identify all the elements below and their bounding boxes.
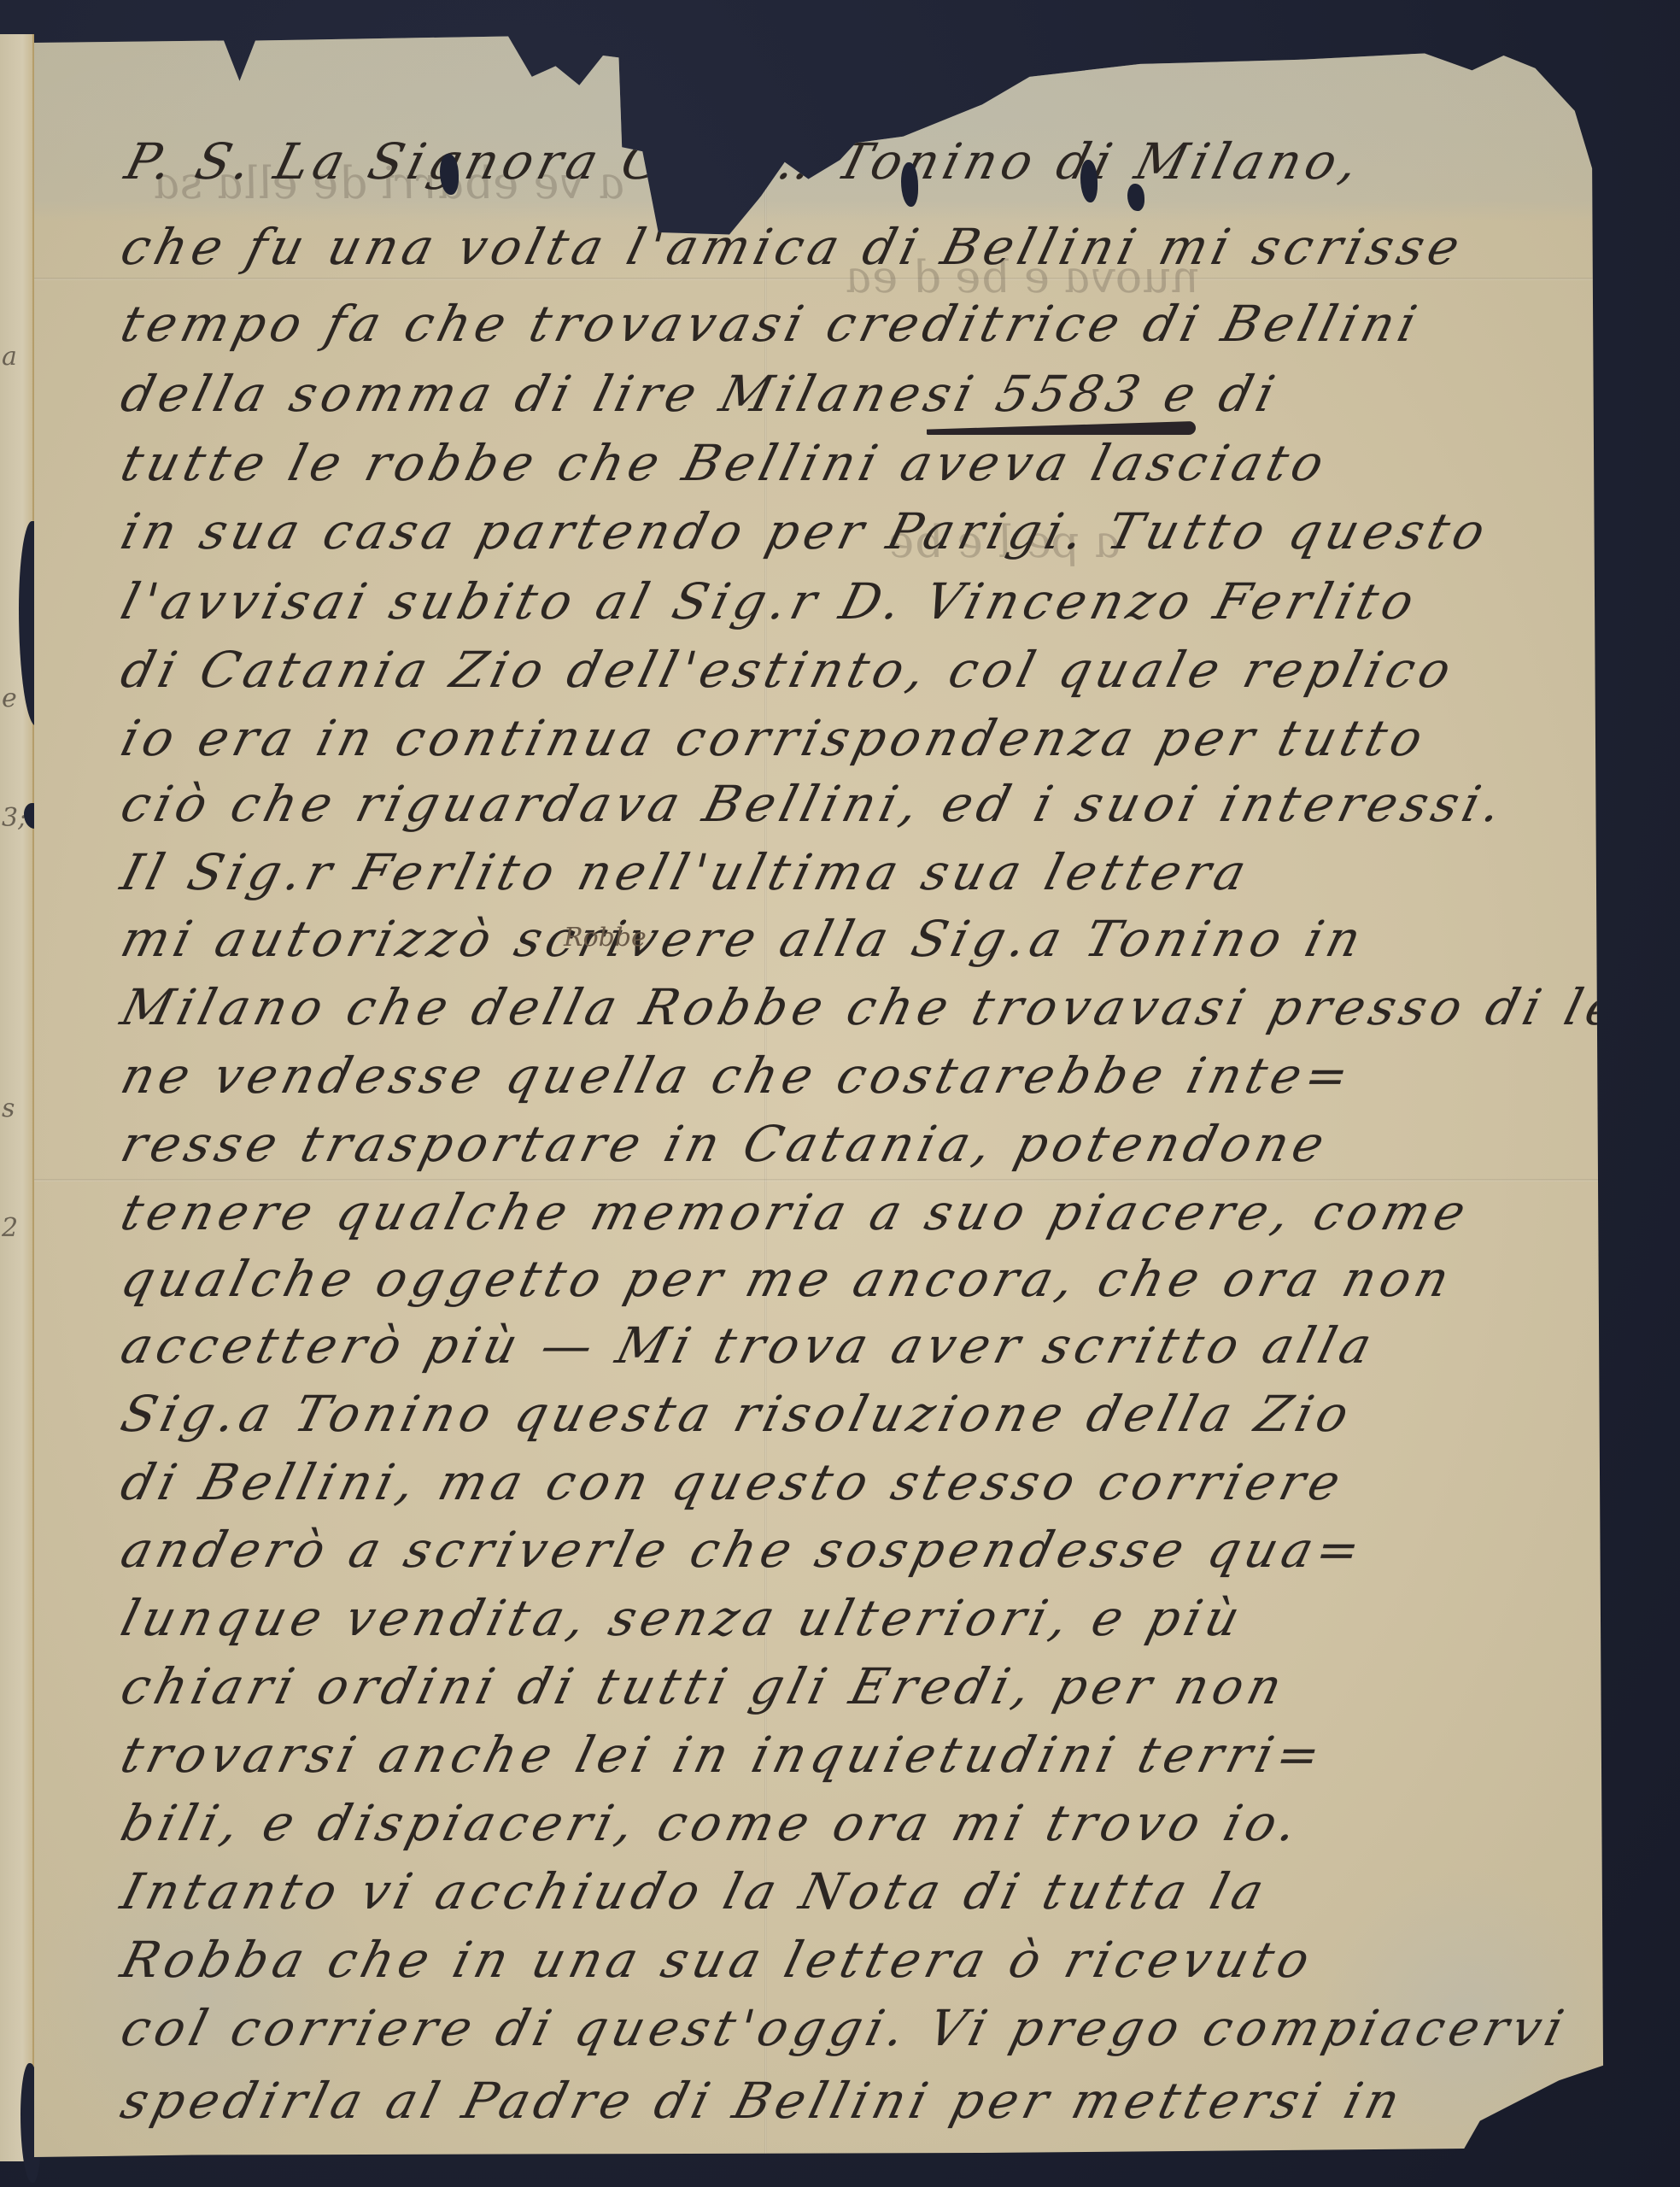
- letter-line: spedirla al Padre di Bellini per metters…: [115, 2072, 1411, 2130]
- letter-line: chiari ordini di tutti gli Eredi, per no…: [115, 1657, 1293, 1715]
- letter-line: qualche oggetto per me ancora, che ora n…: [115, 1250, 1460, 1308]
- letter-line: della somma di lire Milanesi 5583 e di: [115, 365, 1285, 423]
- superscript-insert: Robbe: [564, 923, 647, 953]
- letter-line: accetterò più — Mi trova aver scritto al…: [115, 1316, 1382, 1375]
- letter-line: Intanto vi acchiudo la Nota di tutta la: [115, 1862, 1274, 1920]
- letter-line: trovarsi anche lei in inquietudini terri…: [115, 1726, 1332, 1784]
- letter-line: Milano che della Robbe che trovavasi pre…: [115, 978, 1649, 1036]
- letter-line: Sig.a Tonino questa risoluzione della Zi…: [115, 1385, 1360, 1443]
- ink-burn-hole: [1127, 184, 1144, 211]
- letter-line: ciò che riguardava Bellini, ed i suoi in…: [115, 775, 1513, 833]
- fold-line-horizontal: [34, 278, 1614, 280]
- left-page-fragment: e: [2, 683, 17, 713]
- letter-line: Robba che in una sua lettera ò ricevuto: [115, 1931, 1320, 1989]
- fold-line-horizontal: [34, 1179, 1614, 1181]
- letter-line: anderò a scriverle che sospendesse qua=: [115, 1521, 1371, 1579]
- letter-line: tenere qualche memoria a suo piacere, co…: [115, 1183, 1477, 1241]
- letter-line: ne vendesse quella che costarebbe inte=: [115, 1047, 1360, 1105]
- letter-line: tutte le robbe che Bellini aveva lasciat…: [115, 434, 1335, 492]
- left-page-fragment: 3;: [2, 803, 26, 833]
- letter-line: in sua casa partendo per Parigi. Tutto q…: [115, 502, 1496, 560]
- adjacent-page-strip: a e 3; s 2: [0, 34, 34, 2161]
- ink-burn-hole: [1080, 160, 1098, 202]
- letter-line: resse trasportare in Catania, potendone: [115, 1115, 1335, 1173]
- letter-line: bili, e dispiaceri, come ora mi trovo io…: [115, 1794, 1308, 1852]
- letter-sheet: a ve ebarri de ella sa nuova e be d ea a…: [34, 30, 1614, 2161]
- ink-burn-hole: [440, 154, 459, 195]
- letter-line: col corriere di quest'oggi. Vi prego com…: [115, 1999, 1574, 2057]
- letter-line: di Catania Zio dell'estinto, col quale r…: [115, 641, 1461, 699]
- left-page-fragment: s: [2, 1093, 15, 1123]
- letter-line: che fu una volta l'amica di Bellini mi s…: [115, 218, 1471, 276]
- letter-line: tempo fa che trovavasi creditrice di Bel…: [115, 295, 1427, 353]
- letter-line: di Bellini, ma con questo stesso corrier…: [115, 1453, 1351, 1511]
- left-page-fragment: a: [2, 342, 17, 372]
- left-page-fragment: 2: [2, 1213, 18, 1243]
- letter-line: Il Sig.r Ferlito nell'ultima sua lettera: [115, 843, 1257, 901]
- letter-line: l'avvisai subito al Sig.r D. Vincenzo Fe…: [115, 572, 1425, 630]
- letter-line: lunque vendita, senza ulteriori, e più: [115, 1589, 1250, 1647]
- letter-line: io era in continua corrispondenza per tu…: [115, 709, 1433, 767]
- letter-line: mi autorizzò scrivere alla Sig.a Tonino …: [115, 910, 1372, 968]
- ink-burn-hole: [901, 162, 918, 207]
- ink-underline-mark: [927, 421, 1196, 435]
